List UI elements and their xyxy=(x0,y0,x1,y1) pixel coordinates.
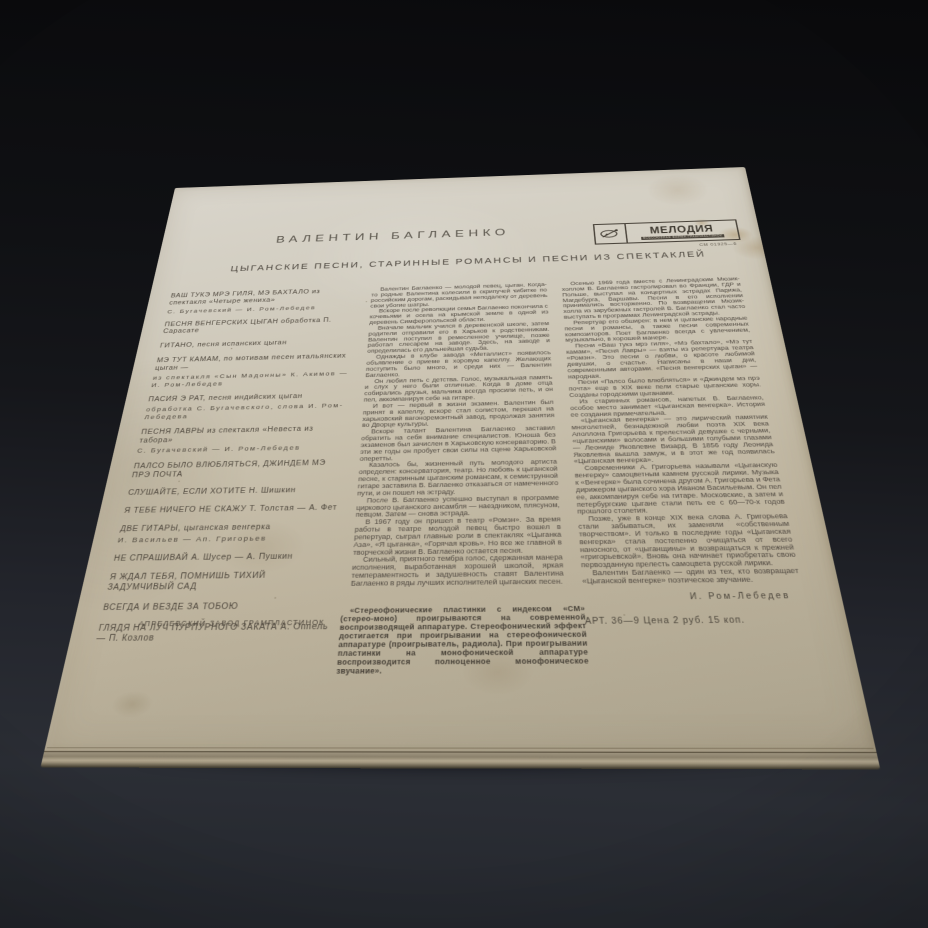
artist-name: ВАЛЕНТИН БАГЛАЕНКО xyxy=(275,227,510,246)
track-title: СЛУШАЙТЕ, ЕСЛИ ХОТИТЕ Н. Шишкин xyxy=(127,486,341,499)
track-item: ВСЕГДА И ВЕЗДЕ ЗА ТОБОЮ xyxy=(102,601,332,613)
melodiya-logo: МЕЛОДИЯ ВСЕСОЮЗНАЯ ФИРМА ГРАМПЛАСТИНОК xyxy=(593,219,741,244)
liner-notes-column-2: Осенью 1969 года вместе с Ленинградским … xyxy=(561,276,815,653)
track-title: ПЕСНЯ ЛАВРЫ из спектакля «Невеста из таб… xyxy=(138,424,346,445)
track-title: Я ТЕБЕ НИЧЕГО НЕ СКАЖУ Т. Толстая — А. Ф… xyxy=(123,504,340,517)
track-title: ГИТАНО, песня испанских цыган xyxy=(159,338,353,351)
label-name: МЕЛОДИЯ xyxy=(649,223,714,235)
note-paragraph: Песни «Ваш тукэ мрэ гиля», «Мэ бахтало»,… xyxy=(566,339,759,380)
track-title: ПАЛСО БЫЛО ВЛЮБЛЯТЬСЯ, ДЖИНДЕМ МЭ ПРЭ ПО… xyxy=(131,459,344,480)
text-columns: ВАШ ТУКЭ МРЭ ГИЛЯ, МЭ БАХТАЛО из спектак… xyxy=(93,276,815,655)
track-item: ВАШ ТУКЭ МРЭ ГИЛЯ, МЭ БАХТАЛО из спектак… xyxy=(167,288,358,315)
note-paragraph: Сильный, приятного тембра голос, сдержан… xyxy=(351,554,565,588)
track-title: ПЕСНЯ ВЕНГЕРСКИХ ЦЫГАН обработка П. Сара… xyxy=(162,316,355,336)
note-paragraph: В 1967 году он пришел в театр «Ромэн». З… xyxy=(353,516,563,557)
note-paragraph: Вскоре талант Валентина Баглаенко застав… xyxy=(359,425,557,462)
sleeve-bottom-edge xyxy=(40,751,880,769)
track-item: ПЕСНЯ ВЕНГЕРСКИХ ЦЫГАН обработка П. Сара… xyxy=(162,316,355,336)
note-paragraph: Казалось бы, жизненный путь молодого арт… xyxy=(357,459,559,497)
note-paragraph: «Цыганская венгерка» — это лирический па… xyxy=(571,414,777,465)
note-paragraph: Осенью 1969 года вместе с Ленинградским … xyxy=(561,276,747,320)
track-credit: И. Васильев — Ап. Григорьев xyxy=(117,533,338,545)
track-item: МЭ ТУТ КАМАМ, по мотивам песен итальянск… xyxy=(151,353,352,389)
track-item: Я ТЕБЕ НИЧЕГО НЕ СКАЖУ Т. Толстая — А. Ф… xyxy=(123,504,340,517)
melodiya-logo-icon xyxy=(594,224,628,243)
track-item: ПАСИЯ Э РАТ, песня индийских цыганобрабо… xyxy=(144,392,349,421)
track-credit: обработка С. Бугачевского, слова И. Ром-… xyxy=(144,401,348,421)
note-paragraph: Позже, уже в конце XIX века слова А. Гри… xyxy=(578,513,798,570)
note-paragraph: Валентин Баглаенко — один из тех, кто во… xyxy=(581,567,801,585)
melodiya-logo-text: МЕЛОДИЯ ВСЕСОЮЗНАЯ ФИРМА ГРАМПЛАСТИНОК xyxy=(626,220,739,242)
track-item: СЛУШАЙТЕ, ЕСЛИ ХОТИТЕ Н. Шишкин xyxy=(127,486,341,499)
track-item: НЕ СПРАШИВАЙ А. Шусер — А. Пушкин xyxy=(113,552,336,565)
pressing-plant: АПРЕЛЕВСКИЙ ЗАВОД ГРАМПЛАСТИНОК xyxy=(138,618,325,628)
tracklist-column: ВАШ ТУКЭ МРЭ ГИЛЯ, МЭ БАХТАЛО из спектак… xyxy=(93,288,358,656)
track-item: ГИТАНО, песня испанских цыган xyxy=(159,338,353,351)
catalog-number: СМ 01925—6 xyxy=(699,242,737,247)
author-signature: И. Ром-Лебедев xyxy=(583,591,805,602)
album-title: ЦЫГАНСКИЕ ПЕСНИ, СТАРИННЫЕ РОМАНСЫ И ПЕС… xyxy=(203,249,735,274)
track-title: ВСЕГДА И ВЕЗДЕ ЗА ТОБОЮ xyxy=(102,601,332,613)
sleeve-content: ВАЛЕНТИН БАГЛАЕНКО МЕЛОДИЯ ВСЕСОЮЗНАЯ ФИ… xyxy=(44,167,877,753)
art-number-price: АРТ. 36—9 Цена 2 руб. 15 коп. xyxy=(585,615,810,626)
stereo-notice: «Стереофонические пластинки с индексом «… xyxy=(336,605,590,676)
track-item: ДВЕ ГИТАРЫ, цыганская венгеркаИ. Василье… xyxy=(117,522,339,545)
photo-background: ВАЛЕНТИН БАГЛАЕНКО МЕЛОДИЯ ВСЕСОЮЗНАЯ ФИ… xyxy=(0,0,928,928)
track-item: Я ЖДАЛ ТЕБЯ, ПОМНИШЬ ТИХИЙ ЗАДУМЧИВЫЙ СА… xyxy=(106,571,334,594)
note-paragraph: Современники А. Григорьева называли «Цыг… xyxy=(574,462,787,516)
liner-notes-column-1: Валентин Баглаенко — молодой певец, цыга… xyxy=(346,282,568,654)
track-title: Я ЖДАЛ ТЕБЯ, ПОМНИШЬ ТИХИЙ ЗАДУМЧИВЫЙ СА… xyxy=(106,571,334,594)
track-item: ПАЛСО БЫЛО ВЛЮБЛЯТЬСЯ, ДЖИНДЕМ МЭ ПРЭ ПО… xyxy=(131,459,344,480)
track-item: ПЕСНЯ ЛАВРЫ из спектакля «Невеста из таб… xyxy=(136,424,346,455)
record-sleeve-back: ВАЛЕНТИН БАГЛАЕНКО МЕЛОДИЯ ВСЕСОЮЗНАЯ ФИ… xyxy=(40,167,880,769)
track-title: НЕ СПРАШИВАЙ А. Шусер — А. Пушкин xyxy=(113,552,336,565)
